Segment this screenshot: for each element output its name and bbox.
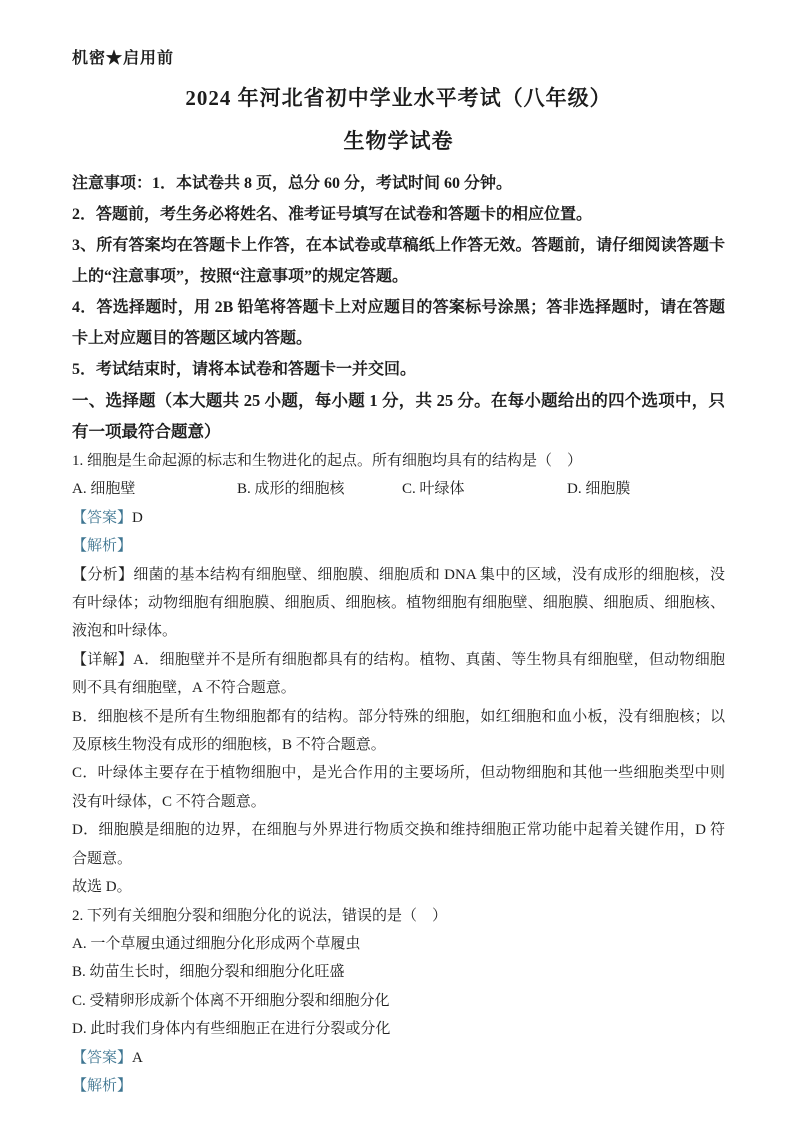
question-1-stem: 1. 细胞是生命起源的标志和生物进化的起点。所有细胞均具有的结构是（ ）: [72, 447, 725, 475]
question-1-analysis-text: 【分析】细菌的基本结构有细胞壁、细胞膜、细胞质和 DNA 集中的区域，没有成形的…: [72, 561, 725, 646]
question-1-detail-a: 【详解】A．细胞壁并不是所有细胞都具有的结构。植物、真菌、等生物具有细胞壁，但动…: [72, 646, 725, 703]
exam-paper-page: 机密★启用前 2024 年河北省初中学业水平考试（八年级） 生物学试卷 注意事项…: [0, 0, 795, 1125]
question-1-options: A. 细胞壁 B. 成形的细胞核 C. 叶绿体 D. 细胞膜: [72, 475, 725, 503]
notice-item-5: 5．考试结束时，请将本试卷和答题卡一并交回。: [72, 354, 725, 385]
question-2-analysis-label: 【解析】: [72, 1072, 725, 1100]
exam-notices: 注意事项：1．本试卷共 8 页，总分 60 分，考试时间 60 分钟。 2．答题…: [72, 168, 725, 385]
notice-item-2: 2．答题前，考生务必将姓名、准考证号填写在试卷和答题卡的相应位置。: [72, 199, 725, 230]
question-1-option-d: D. 细胞膜: [567, 475, 725, 503]
question-1-answer-line: 【答案】D: [72, 504, 725, 532]
question-2-option-d: D. 此时我们身体内有些细胞正在进行分裂或分化: [72, 1015, 725, 1043]
question-2-option-b: B. 幼苗生长时，细胞分裂和细胞分化旺盛: [72, 958, 725, 986]
notice-item-3: 3、所有答案均在答题卡上作答，在本试卷或草稿纸上作答无效。答题前，请仔细阅读答题…: [72, 230, 725, 292]
section-heading-choice-questions: 一、选择题（本大题共 25 小题，每小题 1 分，共 25 分。在每小题给出的四…: [72, 385, 725, 447]
question-2-answer-value: A: [132, 1050, 143, 1066]
classification-banner: 机密★启用前: [72, 48, 725, 70]
question-1: 1. 细胞是生命起源的标志和生物进化的起点。所有细胞均具有的结构是（ ） A. …: [72, 447, 725, 902]
notice-item-1: 注意事项：1．本试卷共 8 页，总分 60 分，考试时间 60 分钟。: [72, 168, 725, 199]
question-1-detail-c: C．叶绿体主要存在于植物细胞中，是光合作用的主要场所，但动物细胞和其他一些细胞类…: [72, 759, 725, 816]
question-2: 2. 下列有关细胞分裂和细胞分化的说法，错误的是（ ） A. 一个草履虫通过细胞…: [72, 902, 725, 1101]
question-1-option-a: A. 细胞壁: [72, 475, 237, 503]
notice-item-4: 4．答选择题时，用 2B 铅笔将答题卡上对应题目的答案标号涂黑；答非选择题时，请…: [72, 292, 725, 354]
question-1-option-c: C. 叶绿体: [402, 475, 567, 503]
question-2-option-c: C. 受精卵形成新个体离不开细胞分裂和细胞分化: [72, 987, 725, 1015]
analysis-label: 【解析】: [72, 538, 132, 554]
question-1-conclusion: 故选 D。: [72, 873, 725, 901]
question-2-stem: 2. 下列有关细胞分裂和细胞分化的说法，错误的是（ ）: [72, 902, 725, 930]
page-subtitle: 生物学试卷: [72, 127, 725, 155]
question-1-analysis-label: 【解析】: [72, 532, 725, 560]
answer-label: 【答案】: [72, 1050, 132, 1066]
answer-label: 【答案】: [72, 510, 132, 526]
question-1-detail-d: D．细胞膜是细胞的边界，在细胞与外界进行物质交换和维持细胞正常功能中起着关键作用…: [72, 816, 725, 873]
question-1-option-b: B. 成形的细胞核: [237, 475, 402, 503]
question-2-option-a: A. 一个草履虫通过细胞分化形成两个草履虫: [72, 930, 725, 958]
analysis-label: 【解析】: [72, 1078, 132, 1094]
page-title: 2024 年河北省初中学业水平考试（八年级）: [72, 84, 725, 112]
question-1-detail-b: B．细胞核不是所有生物细胞都有的结构。部分特殊的细胞，如红细胞和血小板，没有细胞…: [72, 703, 725, 760]
question-1-answer-value: D: [132, 510, 143, 526]
question-2-answer-line: 【答案】A: [72, 1044, 725, 1072]
